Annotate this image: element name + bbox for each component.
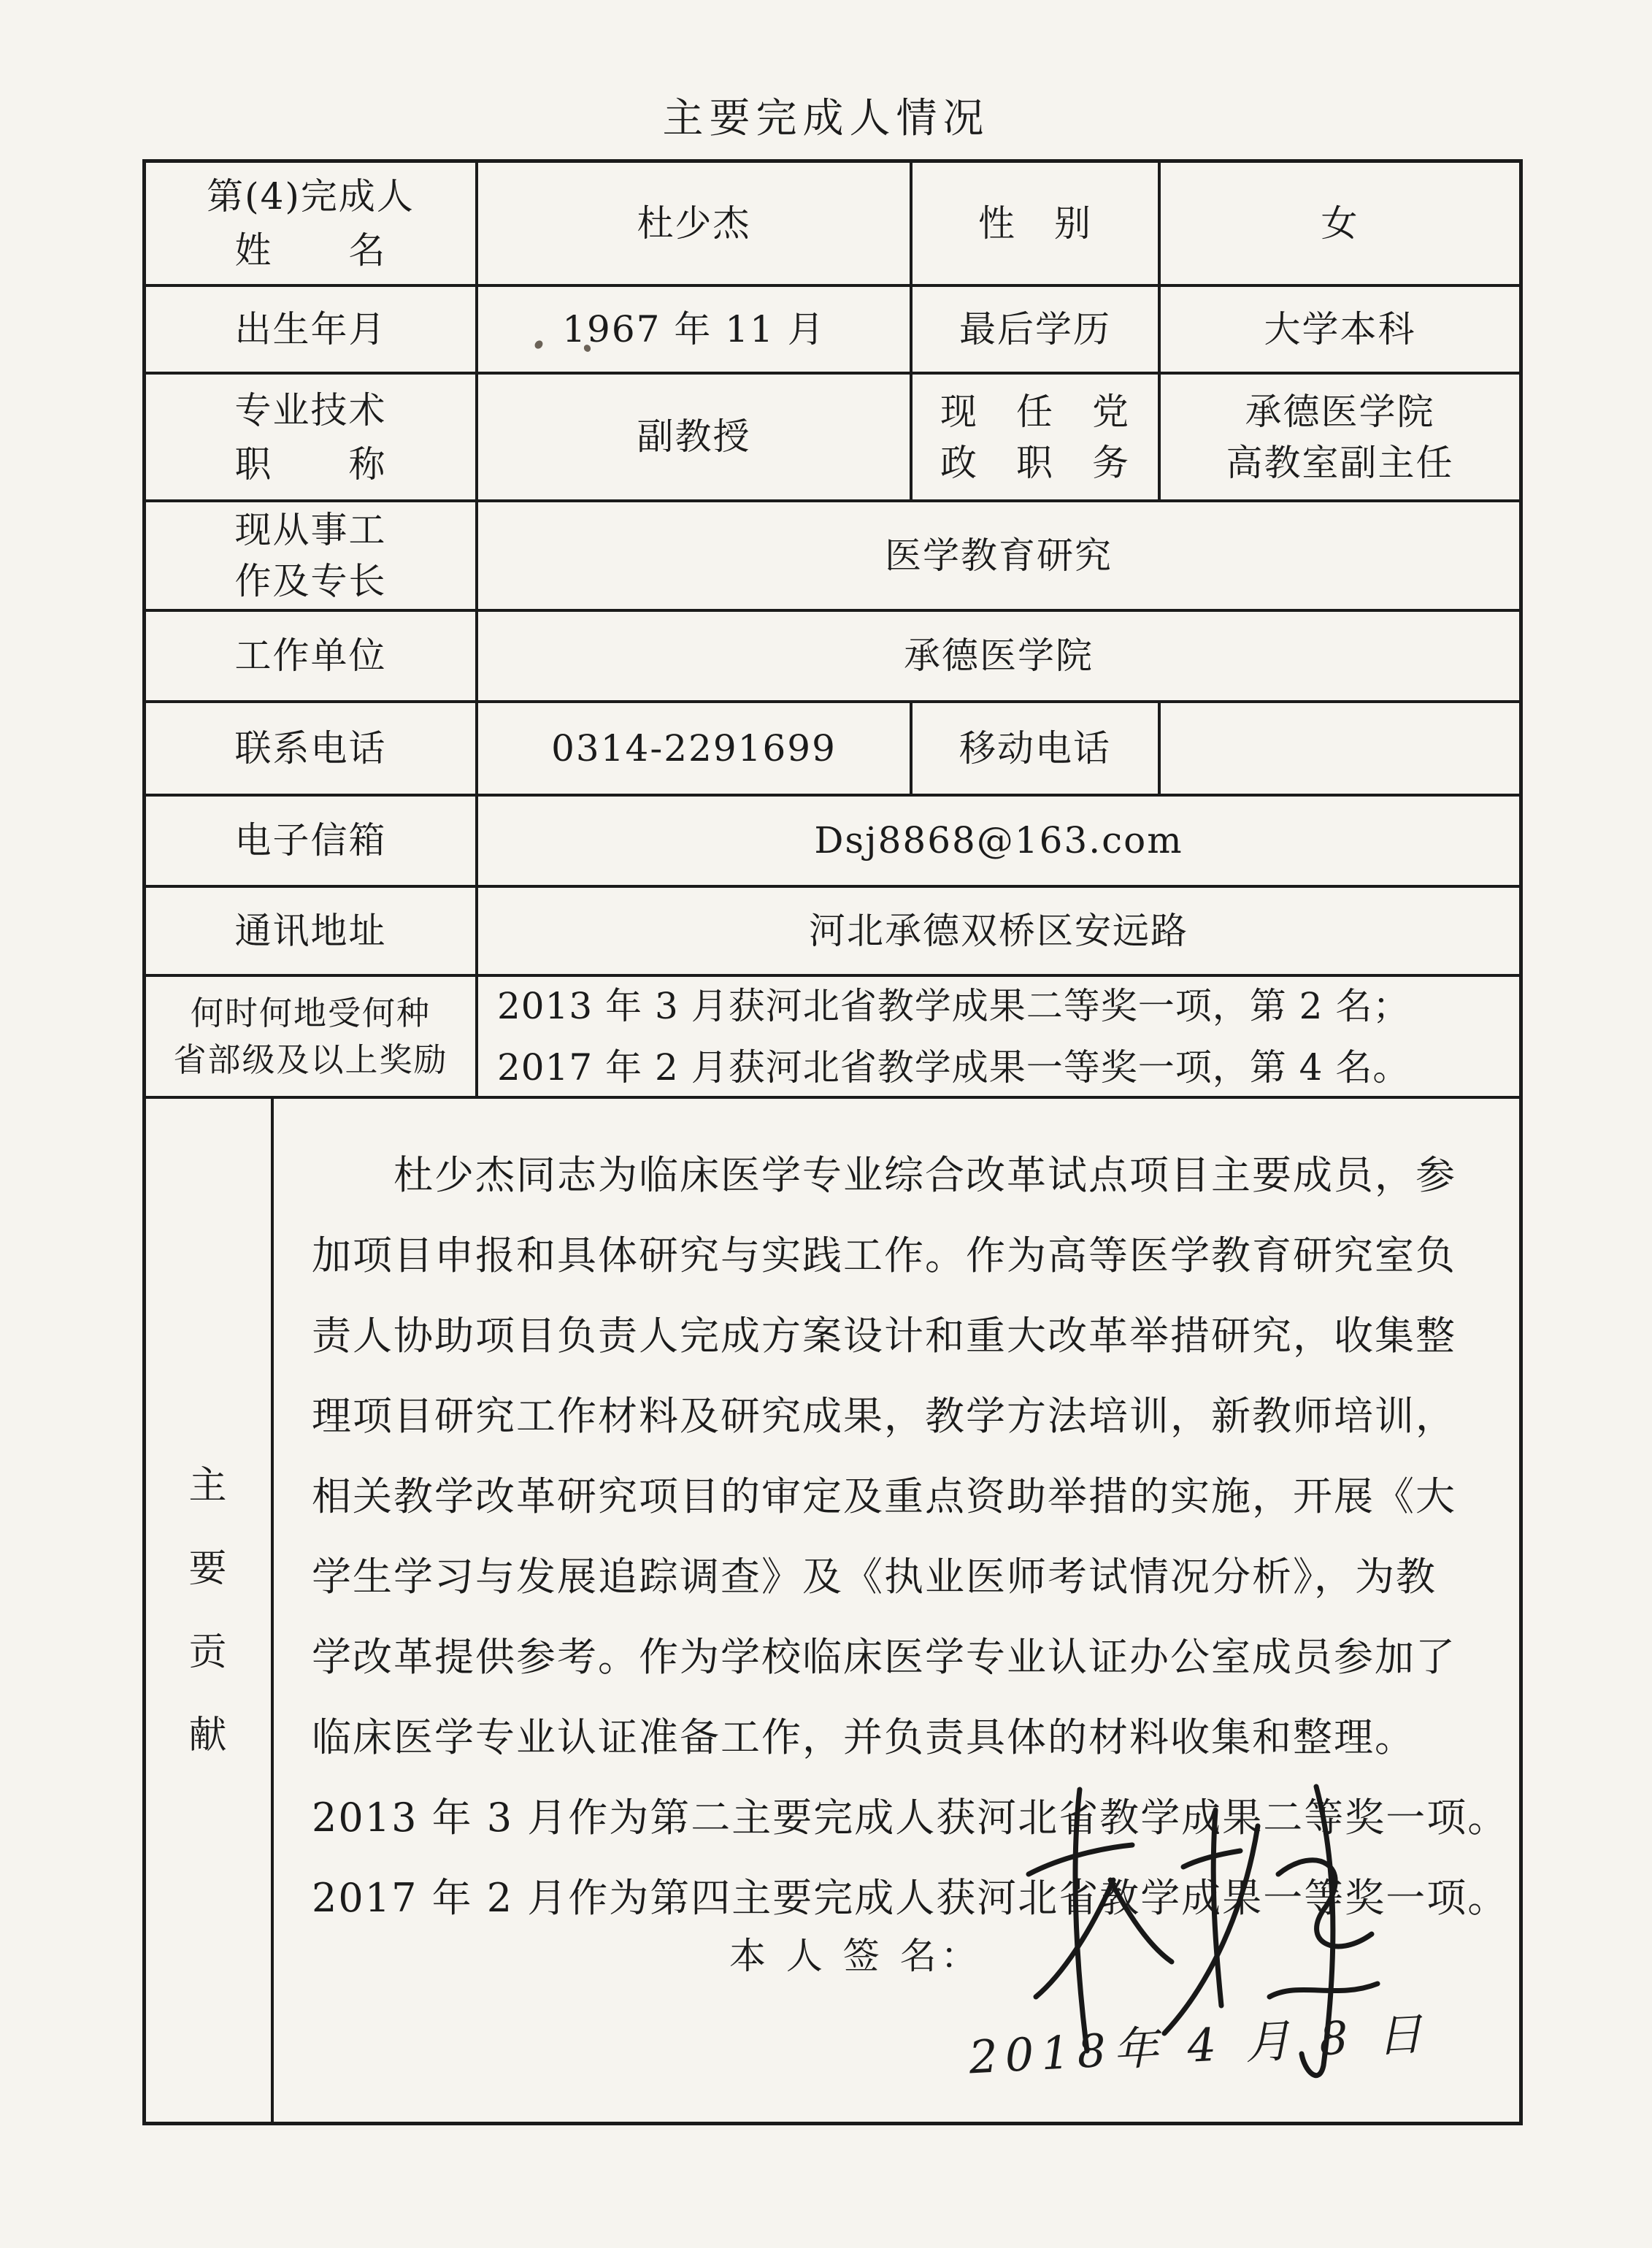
cell-education-label: 最后学历 bbox=[911, 285, 1159, 373]
cell-tech-title-label: 专业技术 职 称 bbox=[145, 373, 477, 501]
completer-ordinal-label: 第(4)完成人 bbox=[207, 169, 415, 223]
cell-education-value: 大学本科 bbox=[1159, 285, 1521, 373]
cell-birth-value: 1967 年 11 月 bbox=[477, 285, 911, 373]
tech-title-label-line2: 职 称 bbox=[235, 437, 387, 491]
cell-duty-label: 现 任 党 政 职 务 bbox=[911, 373, 1159, 501]
cell-current-work-label: 现从事工 作及专长 bbox=[145, 501, 477, 610]
cell-awards-value: 2013 年 3 月获河北省教学成果二等奖一项，第 2 名； 2017 年 2 … bbox=[477, 975, 1521, 1097]
duty-label-line2: 政 职 务 bbox=[940, 437, 1130, 488]
current-work-label-line2: 作及专长 bbox=[235, 556, 387, 607]
awards-value-line1: 2013 年 3 月获河北省教学成果二等奖一项，第 2 名； bbox=[497, 975, 1410, 1037]
cell-contribution-body: 杜少杰同志为临床医学专业综合改革试点项目主要成员，参 加项目申报和具体研究与实践… bbox=[272, 1097, 1521, 2123]
current-work-label-line1: 现从事工 bbox=[235, 505, 387, 556]
page-title: 主要完成人情况 bbox=[0, 86, 1652, 145]
contribution-line: 杜少杰同志为临床医学专业综合改革试点项目主要成员，参 bbox=[312, 1135, 1487, 1216]
contribution-line: 相关教学改革研究项目的审定及重点资助举措的实施，开展《大 bbox=[312, 1457, 1487, 1537]
cell-employer-value: 承德医学院 bbox=[477, 610, 1521, 702]
name-label: 姓 名 bbox=[235, 223, 387, 277]
cell-email-value: Dsj8868@163.com bbox=[477, 795, 1521, 886]
cell-mobile-label: 移动电话 bbox=[911, 702, 1159, 795]
contribution-label-char1: 主 bbox=[188, 1465, 228, 1507]
duty-value-line1: 承德医学院 bbox=[1245, 386, 1435, 437]
contribution-line: 学生学习与发展追踪调查》及《执业医师考试情况分析》，为教 bbox=[312, 1537, 1487, 1617]
tech-title-label-line1: 专业技术 bbox=[235, 383, 387, 437]
cell-completer-name-label: 第(4)完成人 姓 名 bbox=[145, 161, 477, 285]
cell-phone-label: 联系电话 bbox=[145, 702, 477, 795]
duty-value-line2: 高教室副主任 bbox=[1226, 437, 1454, 488]
completer-info-table: 第(4)完成人 姓 名 杜少杰 性 别 女 出生年月 1967 年 11 月 最… bbox=[142, 159, 1523, 2125]
scanned-form-page: 主要完成人情况 第(4)完成人 姓 名 杜少杰 性 别 女 出生年月 1967 … bbox=[0, 0, 1652, 2248]
cell-mobile-value bbox=[1159, 702, 1521, 795]
duty-label-line1: 现 任 党 bbox=[940, 386, 1130, 437]
cell-duty-value: 承德医学院 高教室副主任 bbox=[1159, 373, 1521, 501]
contribution-line: 加项目申报和具体研究与实践工作。作为高等医学教育研究室负 bbox=[312, 1216, 1487, 1296]
contribution-line: 责人协助项目负责人完成方案设计和重大改革举措研究，收集整 bbox=[312, 1296, 1487, 1376]
awards-label-line1: 何时何地受何种 bbox=[191, 990, 431, 1037]
cell-employer-label: 工作单位 bbox=[145, 610, 477, 702]
cell-tech-title-value: 副教授 bbox=[477, 373, 911, 501]
cell-gender-label: 性 别 bbox=[911, 161, 1159, 285]
cell-contribution-label: 主 要 贡 献 bbox=[145, 1097, 272, 2123]
contribution-line: 理项目研究工作材料及研究成果，教学方法培训，新教师培训， bbox=[312, 1376, 1487, 1457]
contribution-line: 学改革提供参考。作为学校临床医学专业认证办公室成员参加了 bbox=[312, 1617, 1487, 1697]
cell-gender-value: 女 bbox=[1159, 161, 1521, 285]
contribution-label-char4: 献 bbox=[188, 1714, 228, 1757]
cell-current-work-value: 医学教育研究 bbox=[477, 501, 1521, 610]
awards-label-line2: 省部级及以上奖励 bbox=[173, 1037, 447, 1083]
cell-completer-name-value: 杜少杰 bbox=[477, 161, 911, 285]
cell-email-label: 电子信箱 bbox=[145, 795, 477, 886]
cell-address-label: 通讯地址 bbox=[145, 886, 477, 975]
cell-birth-label: 出生年月 bbox=[145, 285, 477, 373]
contribution-label-char3: 贡 bbox=[188, 1631, 228, 1673]
signature-label: 本 人 签 名： bbox=[729, 1930, 982, 1983]
cell-address-value: 河北承德双桥区安远路 bbox=[477, 886, 1521, 975]
cell-phone-value: 0314-2291699 bbox=[477, 702, 911, 795]
awards-value-line2: 2017 年 2 月获河北省教学成果一等奖一项，第 4 名。 bbox=[497, 1037, 1410, 1098]
cell-awards-label: 何时何地受何种 省部级及以上奖励 bbox=[145, 975, 477, 1097]
contribution-label-char2: 要 bbox=[188, 1548, 228, 1590]
